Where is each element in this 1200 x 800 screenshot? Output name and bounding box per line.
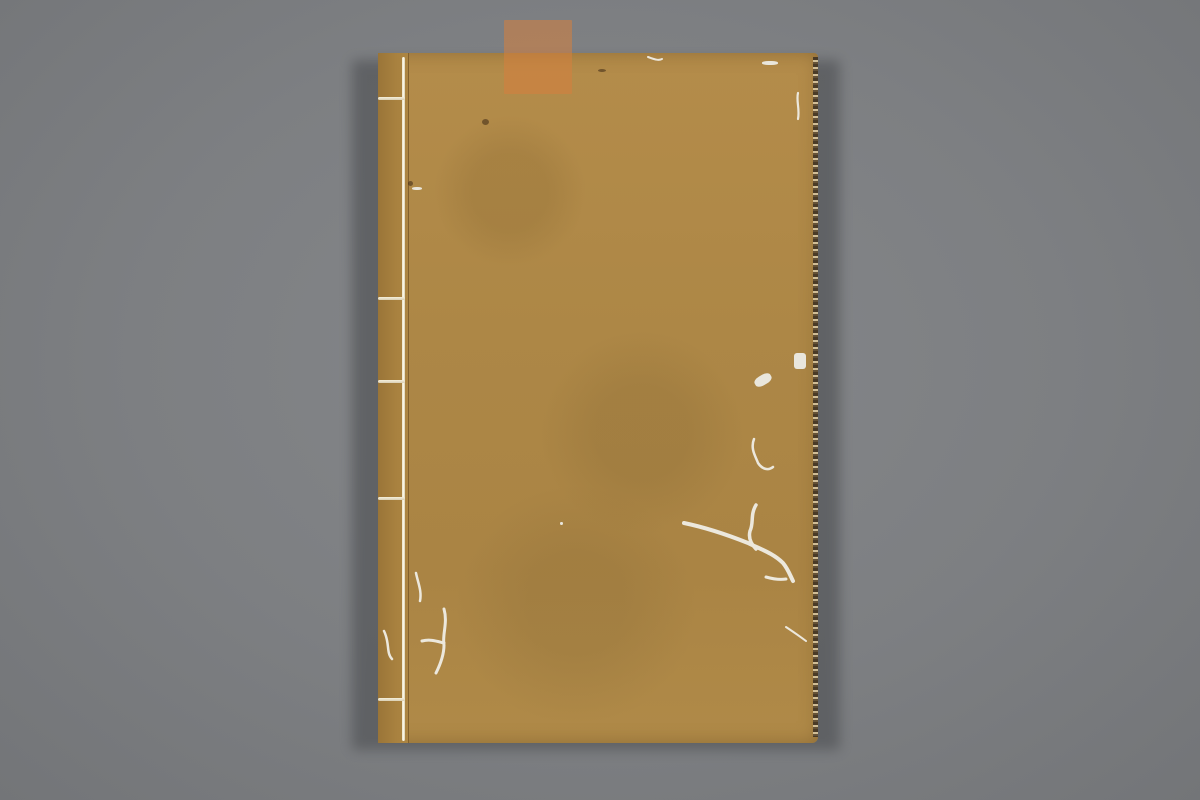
binding-stitch bbox=[378, 297, 405, 300]
binding-thread-vertical bbox=[402, 57, 405, 741]
book-cover bbox=[378, 53, 818, 743]
binding-stitch bbox=[378, 380, 405, 383]
binding-stitch bbox=[378, 698, 405, 701]
photo-scene bbox=[0, 0, 1200, 800]
paper-tear bbox=[753, 371, 774, 389]
ink-stain bbox=[598, 69, 606, 72]
paper-tear bbox=[794, 353, 806, 369]
paper-tear bbox=[412, 187, 422, 190]
ink-stain bbox=[482, 119, 489, 125]
binding-stitch bbox=[378, 97, 405, 100]
ink-stain bbox=[408, 181, 413, 186]
page-fore-edge bbox=[813, 57, 818, 737]
paper-tear bbox=[762, 61, 778, 65]
worm-tracks bbox=[378, 53, 818, 743]
title-label-slip bbox=[504, 20, 572, 94]
binding-stitch bbox=[378, 497, 405, 500]
paper-speck bbox=[560, 522, 563, 525]
